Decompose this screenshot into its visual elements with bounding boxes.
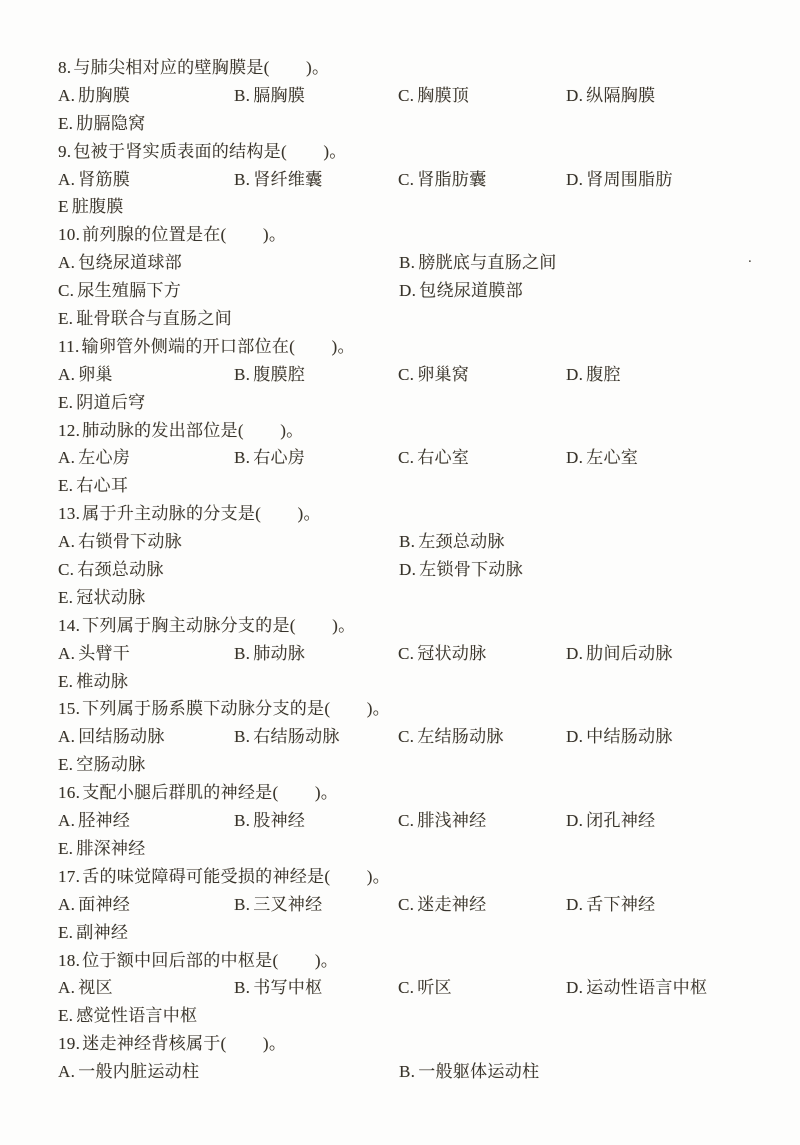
question-16-option-row: E.腓深神经 bbox=[58, 835, 770, 863]
question-stem-text: 包被于肾实质表面的结构是( )。 bbox=[73, 142, 346, 161]
question-17-option-row: A.面神经B.三叉神经C.迷走神经D.舌下神经 bbox=[58, 891, 770, 919]
question-11-option-D: D.腹腔 bbox=[566, 361, 621, 389]
option-text: 一般躯体运动柱 bbox=[418, 1062, 539, 1081]
option-text: 右心室 bbox=[417, 448, 469, 467]
option-text: 胸膜顶 bbox=[417, 86, 469, 105]
question-12: 12.肺动脉的发出部位是( )。A.左心房B.右心房C.右心室D.左心室E.右心… bbox=[58, 417, 770, 501]
option-text: 腓深神经 bbox=[76, 839, 145, 858]
question-stem-text: 下列属于胸主动脉分支的是( )。 bbox=[82, 616, 355, 635]
question-16: 16.支配小腿后群肌的神经是( )。A.胫神经B.股神经C.腓浅神经D.闭孔神经… bbox=[58, 779, 770, 863]
question-number: 12. bbox=[58, 421, 80, 440]
question-11-option-E: E.阴道后穹 bbox=[58, 389, 145, 417]
question-19: 19.迷走神经背核属于( )。A.一般内脏运动柱B.一般躯体运动柱 bbox=[58, 1030, 770, 1086]
question-17-option-C: C.迷走神经 bbox=[398, 891, 486, 919]
question-16-option-row: A.胫神经B.股神经C.腓浅神经D.闭孔神经 bbox=[58, 807, 770, 835]
option-label: E. bbox=[58, 923, 73, 942]
question-9-option-D: D.肾周围脂肪 bbox=[566, 166, 673, 194]
option-text: 中结肠动脉 bbox=[586, 727, 673, 746]
option-label: A. bbox=[58, 978, 75, 997]
question-number: 16. bbox=[58, 783, 80, 802]
option-text: 左锁骨下动脉 bbox=[419, 560, 523, 579]
question-number: 11. bbox=[58, 337, 80, 356]
option-label: D. bbox=[399, 560, 416, 579]
option-text: 包绕尿道球部 bbox=[78, 253, 182, 272]
option-label: D. bbox=[566, 365, 583, 384]
question-18-option-B: B.书写中枢 bbox=[234, 974, 322, 1002]
question-8-stem: 8.与肺尖相对应的壁胸膜是( )。 bbox=[58, 54, 770, 82]
option-text: 三叉神经 bbox=[253, 895, 322, 914]
question-10-option-row: E.耻骨联合与直肠之间 bbox=[58, 305, 770, 333]
question-list: 8.与肺尖相对应的壁胸膜是( )。A.肋胸膜B.膈胸膜C.胸膜顶D.纵隔胸膜E.… bbox=[58, 54, 770, 1086]
question-15-stem: 15.下列属于肠系膜下动脉分支的是( )。 bbox=[58, 695, 770, 723]
option-text: 膀胱底与直肠之间 bbox=[418, 253, 556, 272]
question-17-stem: 17.舌的味觉障碍可能受损的神经是( )。 bbox=[58, 863, 770, 891]
option-text: 膈胸膜 bbox=[253, 86, 305, 105]
option-label: D. bbox=[566, 86, 583, 105]
question-16-option-D: D.闭孔神经 bbox=[566, 807, 655, 835]
option-label: A. bbox=[58, 253, 75, 272]
question-15-option-D: D.中结肠动脉 bbox=[566, 723, 673, 751]
question-17: 17.舌的味觉障碍可能受损的神经是( )。A.面神经B.三叉神经C.迷走神经D.… bbox=[58, 863, 770, 947]
option-text: 左颈总动脉 bbox=[418, 532, 505, 551]
option-label: E. bbox=[58, 588, 73, 607]
question-15-option-A: A.回结肠动脉 bbox=[58, 723, 165, 751]
option-label: B. bbox=[399, 532, 415, 551]
option-text: 纵隔胸膜 bbox=[586, 86, 655, 105]
question-8-option-A: A.肋胸膜 bbox=[58, 82, 130, 110]
option-text: 椎动脉 bbox=[76, 672, 128, 691]
question-14-option-D: D.肋间后动脉 bbox=[566, 640, 673, 668]
option-text: 肋胸膜 bbox=[78, 86, 130, 105]
option-label: E. bbox=[58, 672, 73, 691]
option-label: A. bbox=[58, 86, 75, 105]
option-label: E. bbox=[58, 114, 73, 133]
question-11-stem: 11.输卵管外侧端的开口部位在( )。 bbox=[58, 333, 770, 361]
option-label: C. bbox=[58, 281, 74, 300]
question-stem-text: 前列腺的位置是在( )。 bbox=[82, 225, 286, 244]
option-text: 冠状动脉 bbox=[76, 588, 145, 607]
question-15-option-row: A.回结肠动脉B.右结肠动脉C.左结肠动脉D.中结肠动脉 bbox=[58, 723, 770, 751]
option-label: E. bbox=[58, 1006, 73, 1025]
option-label: B. bbox=[234, 978, 250, 997]
option-text: 迷走神经 bbox=[417, 895, 486, 914]
question-number: 15. bbox=[58, 699, 80, 718]
option-text: 腹膜腔 bbox=[253, 365, 305, 384]
option-text: 空肠动脉 bbox=[76, 755, 145, 774]
option-label: A. bbox=[58, 170, 75, 189]
question-16-option-E: E.腓深神经 bbox=[58, 835, 145, 863]
option-label: B. bbox=[234, 86, 250, 105]
option-label: C. bbox=[398, 978, 414, 997]
option-text: 右心耳 bbox=[76, 476, 128, 495]
question-number: 18. bbox=[58, 951, 80, 970]
question-11-option-B: B.腹膜腔 bbox=[234, 361, 305, 389]
question-14-option-row: E.椎动脉 bbox=[58, 668, 770, 696]
question-9-option-A: A.肾筋膜 bbox=[58, 166, 130, 194]
question-number: 14. bbox=[58, 616, 80, 635]
option-text: 视区 bbox=[78, 978, 113, 997]
question-8-option-row: A.肋胸膜B.膈胸膜C.胸膜顶D.纵隔胸膜 bbox=[58, 82, 770, 110]
question-19-stem: 19.迷走神经背核属于( )。 bbox=[58, 1030, 770, 1058]
option-text: 头臂干 bbox=[78, 644, 130, 663]
question-number: 17. bbox=[58, 867, 80, 886]
option-text: 左心室 bbox=[586, 448, 638, 467]
question-18-option-E: E.感觉性语言中枢 bbox=[58, 1002, 197, 1030]
option-text: 腓浅神经 bbox=[417, 811, 486, 830]
option-label: E. bbox=[58, 309, 73, 328]
question-9-stem: 9.包被于肾实质表面的结构是( )。 bbox=[58, 138, 770, 166]
question-number: 19. bbox=[58, 1034, 80, 1053]
question-11-option-C: C.卵巢窝 bbox=[398, 361, 469, 389]
question-16-option-B: B.股神经 bbox=[234, 807, 305, 835]
option-text: 左心房 bbox=[78, 448, 130, 467]
option-text: 肋膈隐窝 bbox=[76, 114, 145, 133]
question-18-option-row: E.感觉性语言中枢 bbox=[58, 1002, 770, 1030]
option-label: A. bbox=[58, 1062, 75, 1081]
question-18: 18.位于额中回后部的中枢是( )。A.视区B.书写中枢C.听区D.运动性语言中… bbox=[58, 947, 770, 1031]
question-18-stem: 18.位于额中回后部的中枢是( )。 bbox=[58, 947, 770, 975]
option-label: B. bbox=[234, 365, 250, 384]
option-label: B. bbox=[234, 644, 250, 663]
question-18-option-A: A.视区 bbox=[58, 974, 113, 1002]
question-12-option-row: E.右心耳 bbox=[58, 472, 770, 500]
question-stem-text: 输卵管外侧端的开口部位在( )。 bbox=[82, 337, 355, 356]
option-text: 股神经 bbox=[253, 811, 305, 830]
option-text: 闭孔神经 bbox=[586, 811, 655, 830]
option-text: 脏腹膜 bbox=[72, 197, 124, 216]
question-17-option-row: E.副神经 bbox=[58, 919, 770, 947]
question-17-option-E: E.副神经 bbox=[58, 919, 128, 947]
question-9-option-E: E脏腹膜 bbox=[58, 193, 124, 221]
option-label: D. bbox=[566, 978, 583, 997]
question-stem-text: 舌的味觉障碍可能受损的神经是( )。 bbox=[82, 867, 390, 886]
question-16-option-C: C.腓浅神经 bbox=[398, 807, 486, 835]
question-8-option-row: E.肋膈隐窝 bbox=[58, 110, 770, 138]
question-11-option-row: E.阴道后穹 bbox=[58, 389, 770, 417]
option-text: 舌下神经 bbox=[586, 895, 655, 914]
option-text: 一般内脏运动柱 bbox=[78, 1062, 199, 1081]
question-9-option-row: A.肾筋膜B.肾纤维囊C.肾脂肪囊D.肾周围脂肪 bbox=[58, 166, 770, 194]
option-text: 运动性语言中枢 bbox=[586, 978, 707, 997]
scan-artifact-dot: . bbox=[748, 250, 752, 267]
option-label: E bbox=[58, 197, 69, 216]
option-label: D. bbox=[566, 727, 583, 746]
option-label: E. bbox=[58, 476, 73, 495]
option-label: B. bbox=[234, 170, 250, 189]
question-10-option-E: E.耻骨联合与直肠之间 bbox=[58, 305, 232, 333]
question-11-option-row: A.卵巢B.腹膜腔C.卵巢窝D.腹腔 bbox=[58, 361, 770, 389]
option-label: C. bbox=[398, 811, 414, 830]
option-text: 耻骨联合与直肠之间 bbox=[76, 309, 232, 328]
question-10-option-row: C.尿生殖膈下方D.包绕尿道膜部 bbox=[58, 277, 770, 305]
option-label: E. bbox=[58, 839, 73, 858]
option-text: 感觉性语言中枢 bbox=[76, 1006, 197, 1025]
option-text: 左结肠动脉 bbox=[417, 727, 504, 746]
question-18-option-C: C.听区 bbox=[398, 974, 452, 1002]
question-16-stem: 16.支配小腿后群肌的神经是( )。 bbox=[58, 779, 770, 807]
question-14-option-B: B.肺动脉 bbox=[234, 640, 305, 668]
option-text: 尿生殖膈下方 bbox=[77, 281, 181, 300]
question-number: 13. bbox=[58, 504, 80, 523]
question-stem-text: 支配小腿后群肌的神经是( )。 bbox=[82, 783, 338, 802]
option-text: 右心房 bbox=[253, 448, 305, 467]
question-14: 14.下列属于胸主动脉分支的是( )。A.头臂干B.肺动脉C.冠状动脉D.肋间后… bbox=[58, 612, 770, 696]
question-13-option-C: C.右颈总动脉 bbox=[58, 556, 164, 584]
option-label: B. bbox=[234, 811, 250, 830]
option-text: 冠状动脉 bbox=[417, 644, 486, 663]
option-label: D. bbox=[566, 811, 583, 830]
question-17-option-D: D.舌下神经 bbox=[566, 891, 655, 919]
option-label: D. bbox=[566, 448, 583, 467]
option-label: C. bbox=[398, 727, 414, 746]
question-19-option-B: B.一般躯体运动柱 bbox=[399, 1058, 539, 1086]
question-13-stem: 13.属于升主动脉的分支是( )。 bbox=[58, 500, 770, 528]
option-label: C. bbox=[398, 86, 414, 105]
option-text: 右锁骨下动脉 bbox=[78, 532, 182, 551]
question-number: 9. bbox=[58, 142, 71, 161]
question-8: 8.与肺尖相对应的壁胸膜是( )。A.肋胸膜B.膈胸膜C.胸膜顶D.纵隔胸膜E.… bbox=[58, 54, 770, 138]
option-text: 胫神经 bbox=[78, 811, 130, 830]
question-15: 15.下列属于肠系膜下动脉分支的是( )。A.回结肠动脉B.右结肠动脉C.左结肠… bbox=[58, 695, 770, 779]
question-12-option-row: A.左心房B.右心房C.右心室D.左心室 bbox=[58, 444, 770, 472]
question-13-option-B: B.左颈总动脉 bbox=[399, 528, 505, 556]
option-label: B. bbox=[399, 1062, 415, 1081]
question-10-option-C: C.尿生殖膈下方 bbox=[58, 277, 181, 305]
option-text: 肺动脉 bbox=[253, 644, 305, 663]
question-14-option-E: E.椎动脉 bbox=[58, 668, 128, 696]
option-label: B. bbox=[234, 895, 250, 914]
question-17-option-B: B.三叉神经 bbox=[234, 891, 322, 919]
question-9: 9.包被于肾实质表面的结构是( )。A.肾筋膜B.肾纤维囊C.肾脂肪囊D.肾周围… bbox=[58, 138, 770, 222]
option-label: E. bbox=[58, 393, 73, 412]
question-13-option-D: D.左锁骨下动脉 bbox=[399, 556, 523, 584]
question-16-option-A: A.胫神经 bbox=[58, 807, 130, 835]
option-text: 包绕尿道膜部 bbox=[419, 281, 523, 300]
question-8-option-C: C.胸膜顶 bbox=[398, 82, 469, 110]
question-11-option-A: A.卵巢 bbox=[58, 361, 113, 389]
question-13: 13.属于升主动脉的分支是( )。A.右锁骨下动脉B.左颈总动脉C.右颈总动脉D… bbox=[58, 500, 770, 612]
question-12-stem: 12.肺动脉的发出部位是( )。 bbox=[58, 417, 770, 445]
question-14-stem: 14.下列属于胸主动脉分支的是( )。 bbox=[58, 612, 770, 640]
option-label: A. bbox=[58, 532, 75, 551]
option-text: 听区 bbox=[417, 978, 452, 997]
option-label: C. bbox=[398, 644, 414, 663]
question-10-stem: 10.前列腺的位置是在( )。 bbox=[58, 221, 770, 249]
option-text: 肾筋膜 bbox=[78, 170, 130, 189]
question-stem-text: 下列属于肠系膜下动脉分支的是( )。 bbox=[82, 699, 390, 718]
question-8-option-B: B.膈胸膜 bbox=[234, 82, 305, 110]
option-text: 副神经 bbox=[76, 923, 128, 942]
question-18-option-row: A.视区B.书写中枢C.听区D.运动性语言中枢 bbox=[58, 974, 770, 1002]
option-label: B. bbox=[234, 448, 250, 467]
question-stem-text: 迷走神经背核属于( )。 bbox=[82, 1034, 286, 1053]
option-label: B. bbox=[234, 727, 250, 746]
option-text: 面神经 bbox=[78, 895, 130, 914]
option-label: C. bbox=[58, 560, 74, 579]
question-stem-text: 位于额中回后部的中枢是( )。 bbox=[82, 951, 338, 970]
option-label: D. bbox=[399, 281, 416, 300]
question-12-option-D: D.左心室 bbox=[566, 444, 638, 472]
question-stem-text: 属于升主动脉的分支是( )。 bbox=[82, 504, 321, 523]
question-12-option-B: B.右心房 bbox=[234, 444, 305, 472]
question-9-option-C: C.肾脂肪囊 bbox=[398, 166, 486, 194]
question-10-option-A: A.包绕尿道球部 bbox=[58, 249, 182, 277]
option-label: D. bbox=[566, 895, 583, 914]
question-stem-text: 肺动脉的发出部位是( )。 bbox=[82, 421, 303, 440]
option-label: A. bbox=[58, 448, 75, 467]
question-stem-text: 与肺尖相对应的壁胸膜是( )。 bbox=[73, 58, 329, 77]
option-label: A. bbox=[58, 727, 75, 746]
option-text: 卵巢 bbox=[78, 365, 113, 384]
question-10-option-D: D.包绕尿道膜部 bbox=[399, 277, 523, 305]
option-label: A. bbox=[58, 895, 75, 914]
question-10-option-row: A.包绕尿道球部B.膀胱底与直肠之间 bbox=[58, 249, 770, 277]
question-14-option-C: C.冠状动脉 bbox=[398, 640, 486, 668]
question-17-option-A: A.面神经 bbox=[58, 891, 130, 919]
question-13-option-row: C.右颈总动脉D.左锁骨下动脉 bbox=[58, 556, 770, 584]
option-text: 肾纤维囊 bbox=[253, 170, 322, 189]
option-text: 卵巢窝 bbox=[417, 365, 469, 384]
option-label: A. bbox=[58, 365, 75, 384]
option-text: 肾脂肪囊 bbox=[417, 170, 486, 189]
question-19-option-A: A.一般内脏运动柱 bbox=[58, 1058, 199, 1086]
question-11: 11.输卵管外侧端的开口部位在( )。A.卵巢B.腹膜腔C.卵巢窝D.腹腔E.阴… bbox=[58, 333, 770, 417]
option-label: D. bbox=[566, 170, 583, 189]
question-number: 10. bbox=[58, 225, 80, 244]
question-13-option-A: A.右锁骨下动脉 bbox=[58, 528, 182, 556]
option-label: A. bbox=[58, 644, 75, 663]
option-text: 肋间后动脉 bbox=[586, 644, 673, 663]
option-text: 右颈总动脉 bbox=[77, 560, 164, 579]
question-13-option-row: E.冠状动脉 bbox=[58, 584, 770, 612]
option-text: 右结肠动脉 bbox=[253, 727, 340, 746]
option-label: B. bbox=[399, 253, 415, 272]
question-15-option-B: B.右结肠动脉 bbox=[234, 723, 340, 751]
question-9-option-row: E脏腹膜 bbox=[58, 193, 770, 221]
question-12-option-A: A.左心房 bbox=[58, 444, 130, 472]
option-label: C. bbox=[398, 170, 414, 189]
question-8-option-E: E.肋膈隐窝 bbox=[58, 110, 145, 138]
question-10-option-B: B.膀胱底与直肠之间 bbox=[399, 249, 557, 277]
option-text: 回结肠动脉 bbox=[78, 727, 165, 746]
question-8-option-D: D.纵隔胸膜 bbox=[566, 82, 655, 110]
question-14-option-A: A.头臂干 bbox=[58, 640, 130, 668]
question-12-option-C: C.右心室 bbox=[398, 444, 469, 472]
option-text: 阴道后穹 bbox=[76, 393, 145, 412]
option-text: 腹腔 bbox=[586, 365, 621, 384]
question-14-option-row: A.头臂干B.肺动脉C.冠状动脉D.肋间后动脉 bbox=[58, 640, 770, 668]
question-13-option-E: E.冠状动脉 bbox=[58, 584, 145, 612]
option-label: E. bbox=[58, 755, 73, 774]
option-text: 肾周围脂肪 bbox=[586, 170, 673, 189]
exam-page: 8.与肺尖相对应的壁胸膜是( )。A.肋胸膜B.膈胸膜C.胸膜顶D.纵隔胸膜E.… bbox=[0, 0, 800, 1145]
question-12-option-E: E.右心耳 bbox=[58, 472, 128, 500]
question-15-option-row: E.空肠动脉 bbox=[58, 751, 770, 779]
option-label: C. bbox=[398, 365, 414, 384]
option-text: 书写中枢 bbox=[253, 978, 322, 997]
question-18-option-D: D.运动性语言中枢 bbox=[566, 974, 707, 1002]
question-number: 8. bbox=[58, 58, 71, 77]
question-13-option-row: A.右锁骨下动脉B.左颈总动脉 bbox=[58, 528, 770, 556]
question-15-option-C: C.左结肠动脉 bbox=[398, 723, 504, 751]
option-label: A. bbox=[58, 811, 75, 830]
question-19-option-row: A.一般内脏运动柱B.一般躯体运动柱 bbox=[58, 1058, 770, 1086]
question-9-option-B: B.肾纤维囊 bbox=[234, 166, 322, 194]
option-label: C. bbox=[398, 448, 414, 467]
option-label: C. bbox=[398, 895, 414, 914]
question-15-option-E: E.空肠动脉 bbox=[58, 751, 145, 779]
option-label: D. bbox=[566, 644, 583, 663]
question-10: 10.前列腺的位置是在( )。A.包绕尿道球部B.膀胱底与直肠之间C.尿生殖膈下… bbox=[58, 221, 770, 333]
